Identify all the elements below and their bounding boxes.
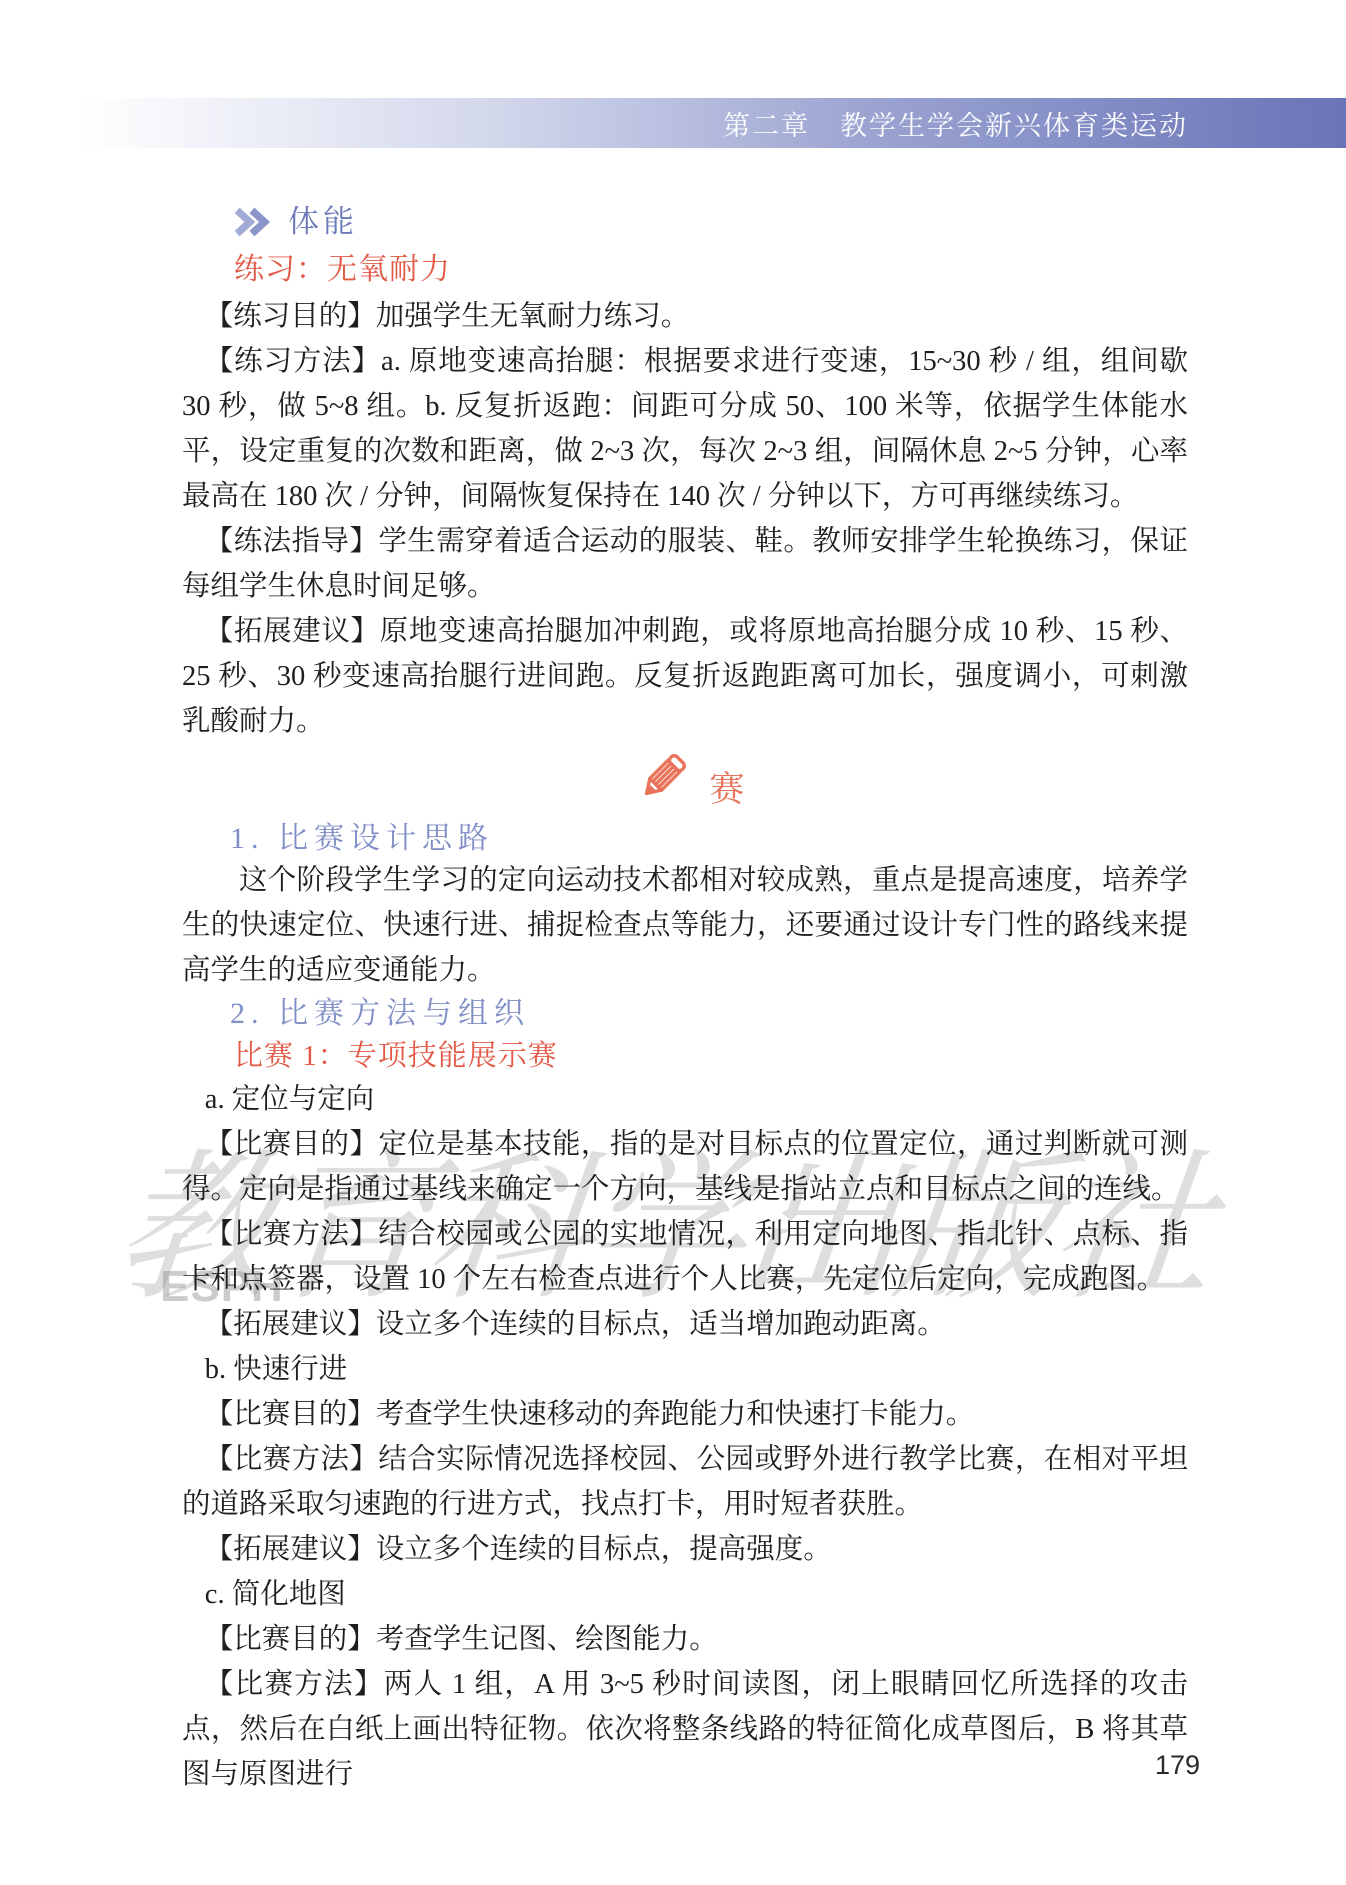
paragraph: 【拓展建议】设立多个连续的目标点，适当增加跑动距离。 bbox=[182, 1302, 1188, 1347]
chapter-title: 教学生学会新兴体育类运动 bbox=[840, 104, 1188, 143]
section-heading-tineng: 体能 bbox=[234, 202, 1188, 242]
paragraph: 【练法指导】学生需穿着适合运动的服装、鞋。教师安排学生轮换练习，保证每组学生休息… bbox=[182, 519, 1188, 609]
method-heading: 2. 比赛方法与组织 bbox=[230, 995, 1188, 1033]
sai-section-marker: 赛 bbox=[182, 750, 1188, 814]
match1-heading: 比赛 1：专项技能展示赛 bbox=[234, 1037, 1188, 1075]
paragraph: 【比赛目的】定位是基本技能，指的是对目标点的位置定位，通过判断就可测得。定向是指… bbox=[182, 1122, 1188, 1212]
sub-item-label: b. 快速行进 bbox=[182, 1347, 1188, 1392]
page-number: 179 bbox=[1155, 1750, 1200, 1781]
paragraph: 【练习目的】加强学生无氧耐力练习。 bbox=[182, 294, 1188, 339]
sub-item-label: a. 定位与定向 bbox=[182, 1077, 1188, 1122]
book-page: 第二章 教学生学会新兴体育类运动 教育科学出版社 ESPH 体能 练习：无氧耐力… bbox=[0, 0, 1346, 1885]
paragraph: 【练习方法】a. 原地变速高抬腿：根据要求进行变速，15~30 秒 / 组，组间… bbox=[182, 339, 1188, 519]
paragraph: 【比赛方法】两人 1 组，A 用 3~5 秒时间读图，闭上眼睛回忆所选择的攻击点… bbox=[182, 1662, 1188, 1797]
paragraph: 这个阶段学生学习的定向运动技术都相对较成熟，重点是提高速度，培养学生的快速定位、… bbox=[182, 858, 1188, 993]
paragraph: 【比赛目的】考查学生快速移动的奔跑能力和快速打卡能力。 bbox=[182, 1392, 1188, 1437]
paragraph: 【比赛方法】结合实际情况选择校园、公园或野外进行教学比赛，在相对平坦的道路采取匀… bbox=[182, 1437, 1188, 1527]
paragraph: 【比赛目的】考查学生记图、绘图能力。 bbox=[182, 1617, 1188, 1662]
chapter-number: 第二章 bbox=[723, 104, 810, 143]
page-content: 体能 练习：无氧耐力 【练习目的】加强学生无氧耐力练习。 【练习方法】a. 原地… bbox=[182, 202, 1188, 1797]
sub-item-label: c. 简化地图 bbox=[182, 1572, 1188, 1617]
tineng-heading-label: 体能 bbox=[288, 202, 358, 242]
exercise-heading: 练习：无氧耐力 bbox=[234, 250, 1188, 290]
chapter-header-text: 第二章 教学生学会新兴体育类运动 bbox=[723, 98, 1188, 148]
sai-marker-label: 赛 bbox=[709, 772, 744, 807]
design-heading: 1. 比赛设计思路 bbox=[230, 820, 1188, 858]
double-chevron-icon bbox=[234, 207, 272, 237]
paragraph: 【比赛方法】结合校园或公园的实地情况，利用定向地图、指北针、点标、指卡和点签器，… bbox=[182, 1212, 1188, 1302]
paragraph: 【拓展建议】设立多个连续的目标点，提高强度。 bbox=[182, 1527, 1188, 1572]
pencil-icon bbox=[625, 746, 697, 818]
paragraph: 【拓展建议】原地变速高抬腿加冲刺跑，或将原地高抬腿分成 10 秒、15 秒、25… bbox=[182, 609, 1188, 744]
chapter-header-bar: 第二章 教学生学会新兴体育类运动 bbox=[0, 98, 1346, 148]
